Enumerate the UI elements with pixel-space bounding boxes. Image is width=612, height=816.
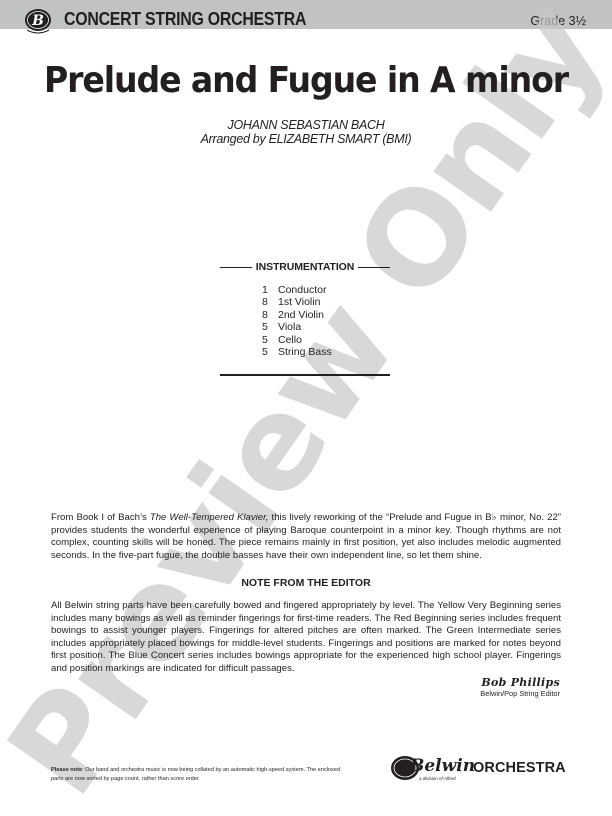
list-item: 5String Bass: [262, 346, 332, 358]
part-name: Viola: [278, 321, 301, 333]
footer-note-text: : Our band and orchestra music is now be…: [51, 767, 340, 782]
piece-title: Prelude and Fugue in A minor: [24, 60, 587, 101]
part-quantity: 1: [262, 284, 278, 296]
divider: [220, 267, 252, 268]
editor-note-body: All Belwin string parts have been carefu…: [51, 600, 561, 676]
list-item: 81st Violin: [262, 296, 332, 308]
footer-note: Please note: Our band and orchestra musi…: [51, 766, 351, 784]
publisher-subtitle: a division of Alfred: [419, 776, 456, 781]
instrumentation-heading: INSTRUMENTATION: [220, 259, 390, 275]
part-quantity: 5: [262, 334, 278, 346]
divider: [358, 267, 390, 268]
publisher-logo: Belwin ORCHESTRA a division of Alfred: [390, 754, 570, 784]
composer: JOHANN SEBASTIAN BACH: [0, 118, 612, 132]
grade-level: Grade 3½: [530, 14, 586, 28]
piece-description: From Book I of Bach’s The Well-Tempered …: [51, 512, 561, 562]
part-quantity: 8: [262, 309, 278, 321]
instrumentation-bottom-rule: [220, 374, 390, 376]
list-item: 82nd Violin: [262, 309, 332, 321]
instrumentation-list: 1Conductor 81st Violin 82nd Violin 5Viol…: [262, 284, 332, 358]
svg-text:B: B: [31, 13, 44, 29]
description-italic-title: The Well-Tempered Klavier,: [150, 512, 269, 523]
list-item: 5Cello: [262, 334, 332, 346]
arranger: Arranged by ELIZABETH SMART (BMI): [0, 132, 612, 146]
list-item: 1Conductor: [262, 284, 332, 296]
part-name: 2nd Violin: [278, 309, 324, 321]
part-name: Cello: [278, 334, 302, 346]
list-item: 5Viola: [262, 321, 332, 333]
part-name: Conductor: [278, 284, 326, 296]
publisher-name: Belwin: [410, 756, 475, 776]
part-quantity: 8: [262, 296, 278, 308]
editor-title: Belwin/Pop String Editor: [480, 689, 560, 698]
editor-signature: Bob Phillips: [481, 676, 560, 689]
editor-note-heading: NOTE FROM THE EDITOR: [0, 577, 612, 589]
part-name: 1st Violin: [278, 296, 320, 308]
part-name: String Bass: [278, 346, 332, 358]
part-quantity: 5: [262, 346, 278, 358]
belwin-b-emblem-icon: B: [23, 6, 53, 36]
instrumentation-label: INSTRUMENTATION: [252, 261, 358, 273]
footer-note-label: Please note: [51, 767, 82, 773]
series-title: CONCERT STRING ORCHESTRA: [64, 8, 306, 30]
part-quantity: 5: [262, 321, 278, 333]
publisher-line: ORCHESTRA: [473, 760, 566, 776]
description-text: From Book I of Bach’s: [51, 512, 150, 523]
